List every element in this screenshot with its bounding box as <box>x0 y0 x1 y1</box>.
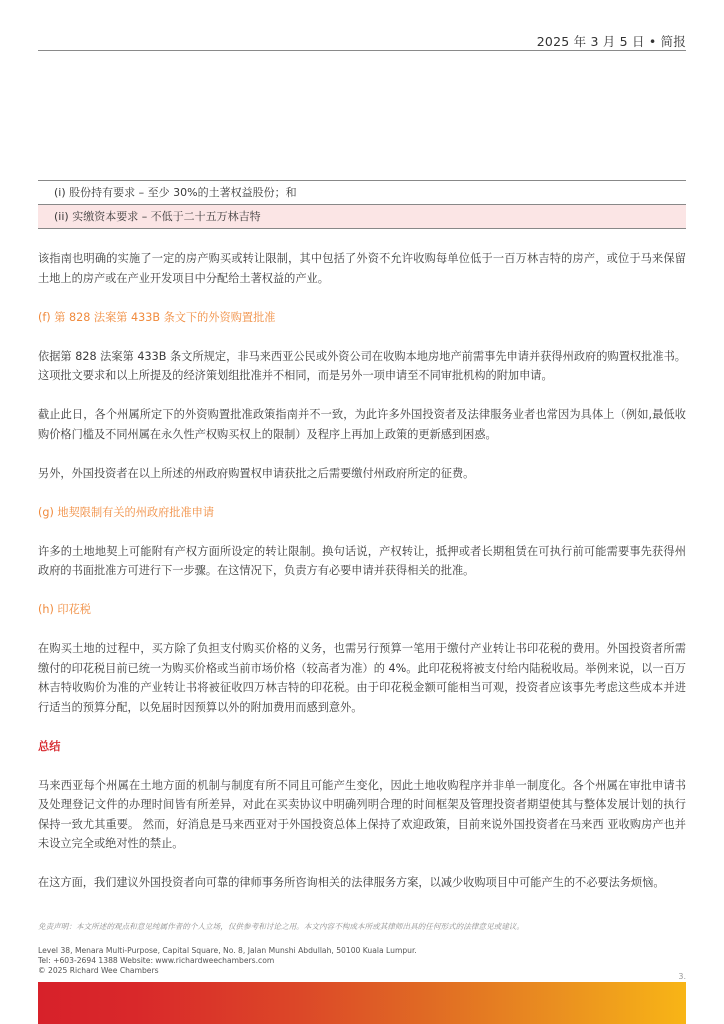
footer-address: Level 38, Menara Multi-Purpose, Capital … <box>38 946 417 956</box>
footer-contact: Level 38, Menara Multi-Purpose, Capital … <box>38 946 417 976</box>
section-h-heading: (h) 印花税 <box>38 600 686 620</box>
disclaimer: 免责声明：本文所述的观点和意见纯属作者的个人立场，仅供参考和讨论之用。本文内容不… <box>38 921 686 932</box>
footer-gradient-bar <box>38 982 686 1024</box>
section-f-paragraph: 另外，外国投资者在以上所述的州政府购置权申请获批之后需要缴付州政府所定的征费。 <box>38 464 686 484</box>
section-f-paragraph: 依据第 828 法案第 433B 条文所规定，非马来西亚公民或外资公司在收购本地… <box>38 347 686 386</box>
article-body: 该指南也明确的实施了一定的房产购买或转让限制，其中包括了外资不允许收购每单位低于… <box>38 249 686 912</box>
footer-tel-website: Tel: +603-2694 1388 Website: www.richard… <box>38 956 417 966</box>
section-f-paragraph: 截止此日，各个州属所定下的外资购置批准政策指南并不一致，为此许多外国投资者及法律… <box>38 405 686 444</box>
section-f-heading: (f) 第 828 法案第 433B 条文下的外资购置批准 <box>38 308 686 328</box>
section-g-paragraph: 许多的土地地契上可能附有产权方面所设定的转让限制。换句话说，产权转让，抵押或者长… <box>38 542 686 581</box>
page-header: 2025 年 3 月 5 日 • 简报 <box>38 28 686 51</box>
conclusion-heading: 总结 <box>38 737 686 757</box>
requirements-table: (i) 股份持有要求 – 至少 30%的土著权益股份；和 (ii) 实缴资本要求… <box>38 180 686 229</box>
section-g-heading: (g) 地契限制有关的州政府批准申请 <box>38 503 686 523</box>
page-number: 3. <box>678 972 686 981</box>
conclusion-paragraph: 马来西亚每个州属在土地方面的机制与制度有所不同且可能产生变化，因此土地收购程序并… <box>38 776 686 854</box>
table-row-shareholding: (i) 股份持有要求 – 至少 30%的土著权益股份；和 <box>38 181 686 205</box>
footer-copyright: © 2025 Richard Wee Chambers <box>38 966 417 976</box>
header-date: 2025 年 3 月 5 日 • 简报 <box>537 32 686 50</box>
conclusion-paragraph: 在这方面，我们建议外国投资者向可靠的律师事务所咨询相关的法律服务方案，以减少收购… <box>38 873 686 893</box>
paragraph-guideline: 该指南也明确的实施了一定的房产购买或转让限制，其中包括了外资不允许收购每单位低于… <box>38 249 686 288</box>
table-row-paid-capital: (ii) 实缴资本要求 – 不低于二十五万林吉特 <box>38 205 686 229</box>
section-h-paragraph: 在购买土地的过程中，买方除了负担支付购买价格的义务，也需另行预算一笔用于缴付产业… <box>38 639 686 717</box>
